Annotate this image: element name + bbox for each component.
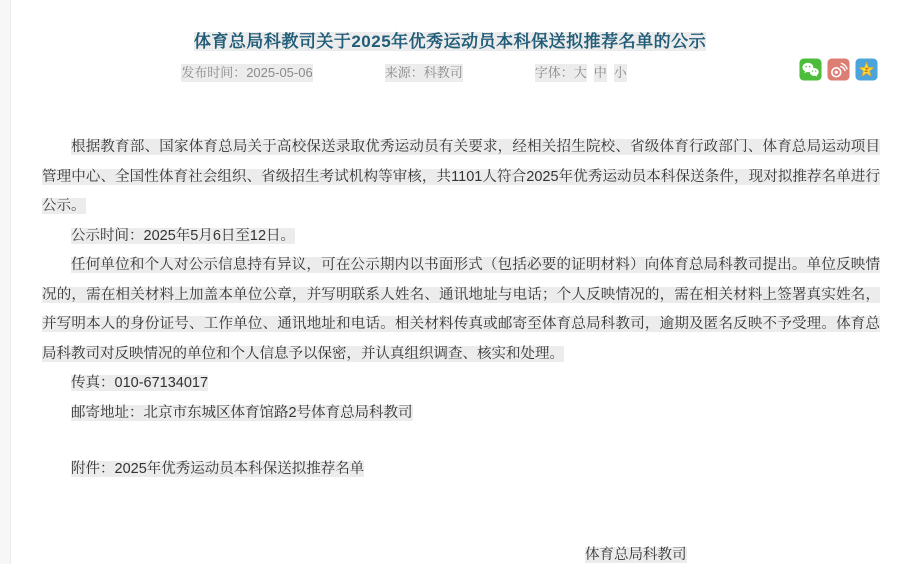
font-size-label: 字体： bbox=[535, 64, 574, 82]
paragraph-intro: 根据教育部、国家体育总局关于高校保送录取优秀运动员有关要求，经相关招生院校、省级… bbox=[42, 133, 880, 222]
weibo-share-icon[interactable] bbox=[827, 58, 850, 81]
font-size-small-button[interactable]: 小 bbox=[614, 64, 627, 82]
attachment-line: 附件：2025年优秀运动员本科保送拟推荐名单 bbox=[42, 455, 880, 485]
page-left-margin-strip bbox=[0, 0, 11, 564]
qzone-share-icon[interactable] bbox=[855, 58, 878, 81]
paragraph-objection-procedure: 任何单位和个人对公示信息持有异议，可在公示期内以书面形式（包括必要的证明材料）向… bbox=[42, 251, 880, 369]
font-size-large-button[interactable]: 大 bbox=[574, 64, 587, 82]
source-value: 科教司 bbox=[424, 64, 463, 82]
publish-time: 发布时间：2025-05-06 bbox=[181, 64, 313, 82]
publish-time-value: 2025-05-06 bbox=[246, 64, 313, 82]
source: 来源：科教司 bbox=[385, 64, 463, 82]
paragraph-publicity-period: 公示时间：2025年5月6日至12日。 bbox=[42, 222, 880, 252]
page-title: 体育总局科教司关于2025年优秀运动员本科保送拟推荐名单的公示 bbox=[0, 27, 900, 52]
announcement-body: 根据教育部、国家体育总局关于高校保送录取优秀运动员有关要求，经相关招生院校、省级… bbox=[42, 133, 880, 485]
wechat-share-icon[interactable] bbox=[799, 58, 822, 81]
source-label: 来源： bbox=[385, 64, 424, 82]
font-size-switcher: 字体： 大 中 小 bbox=[535, 64, 627, 82]
publish-time-label: 发布时间： bbox=[181, 64, 246, 82]
signature: 体育总局科教司 bbox=[585, 541, 687, 564]
paragraph-mail-address: 邮寄地址：北京市东城区体育馆路2号体育总局科教司 bbox=[42, 399, 880, 429]
share-bar bbox=[799, 58, 878, 81]
page-title-text: 体育总局科教司关于2025年优秀运动员本科保送拟推荐名单的公示 bbox=[194, 32, 706, 51]
meta-bar: 发布时间：2025-05-06 来源：科教司 字体： 大 中 小 bbox=[0, 64, 808, 82]
font-size-medium-button[interactable]: 中 bbox=[594, 64, 607, 82]
paragraph-fax: 传真：010-67134017 bbox=[42, 369, 880, 399]
